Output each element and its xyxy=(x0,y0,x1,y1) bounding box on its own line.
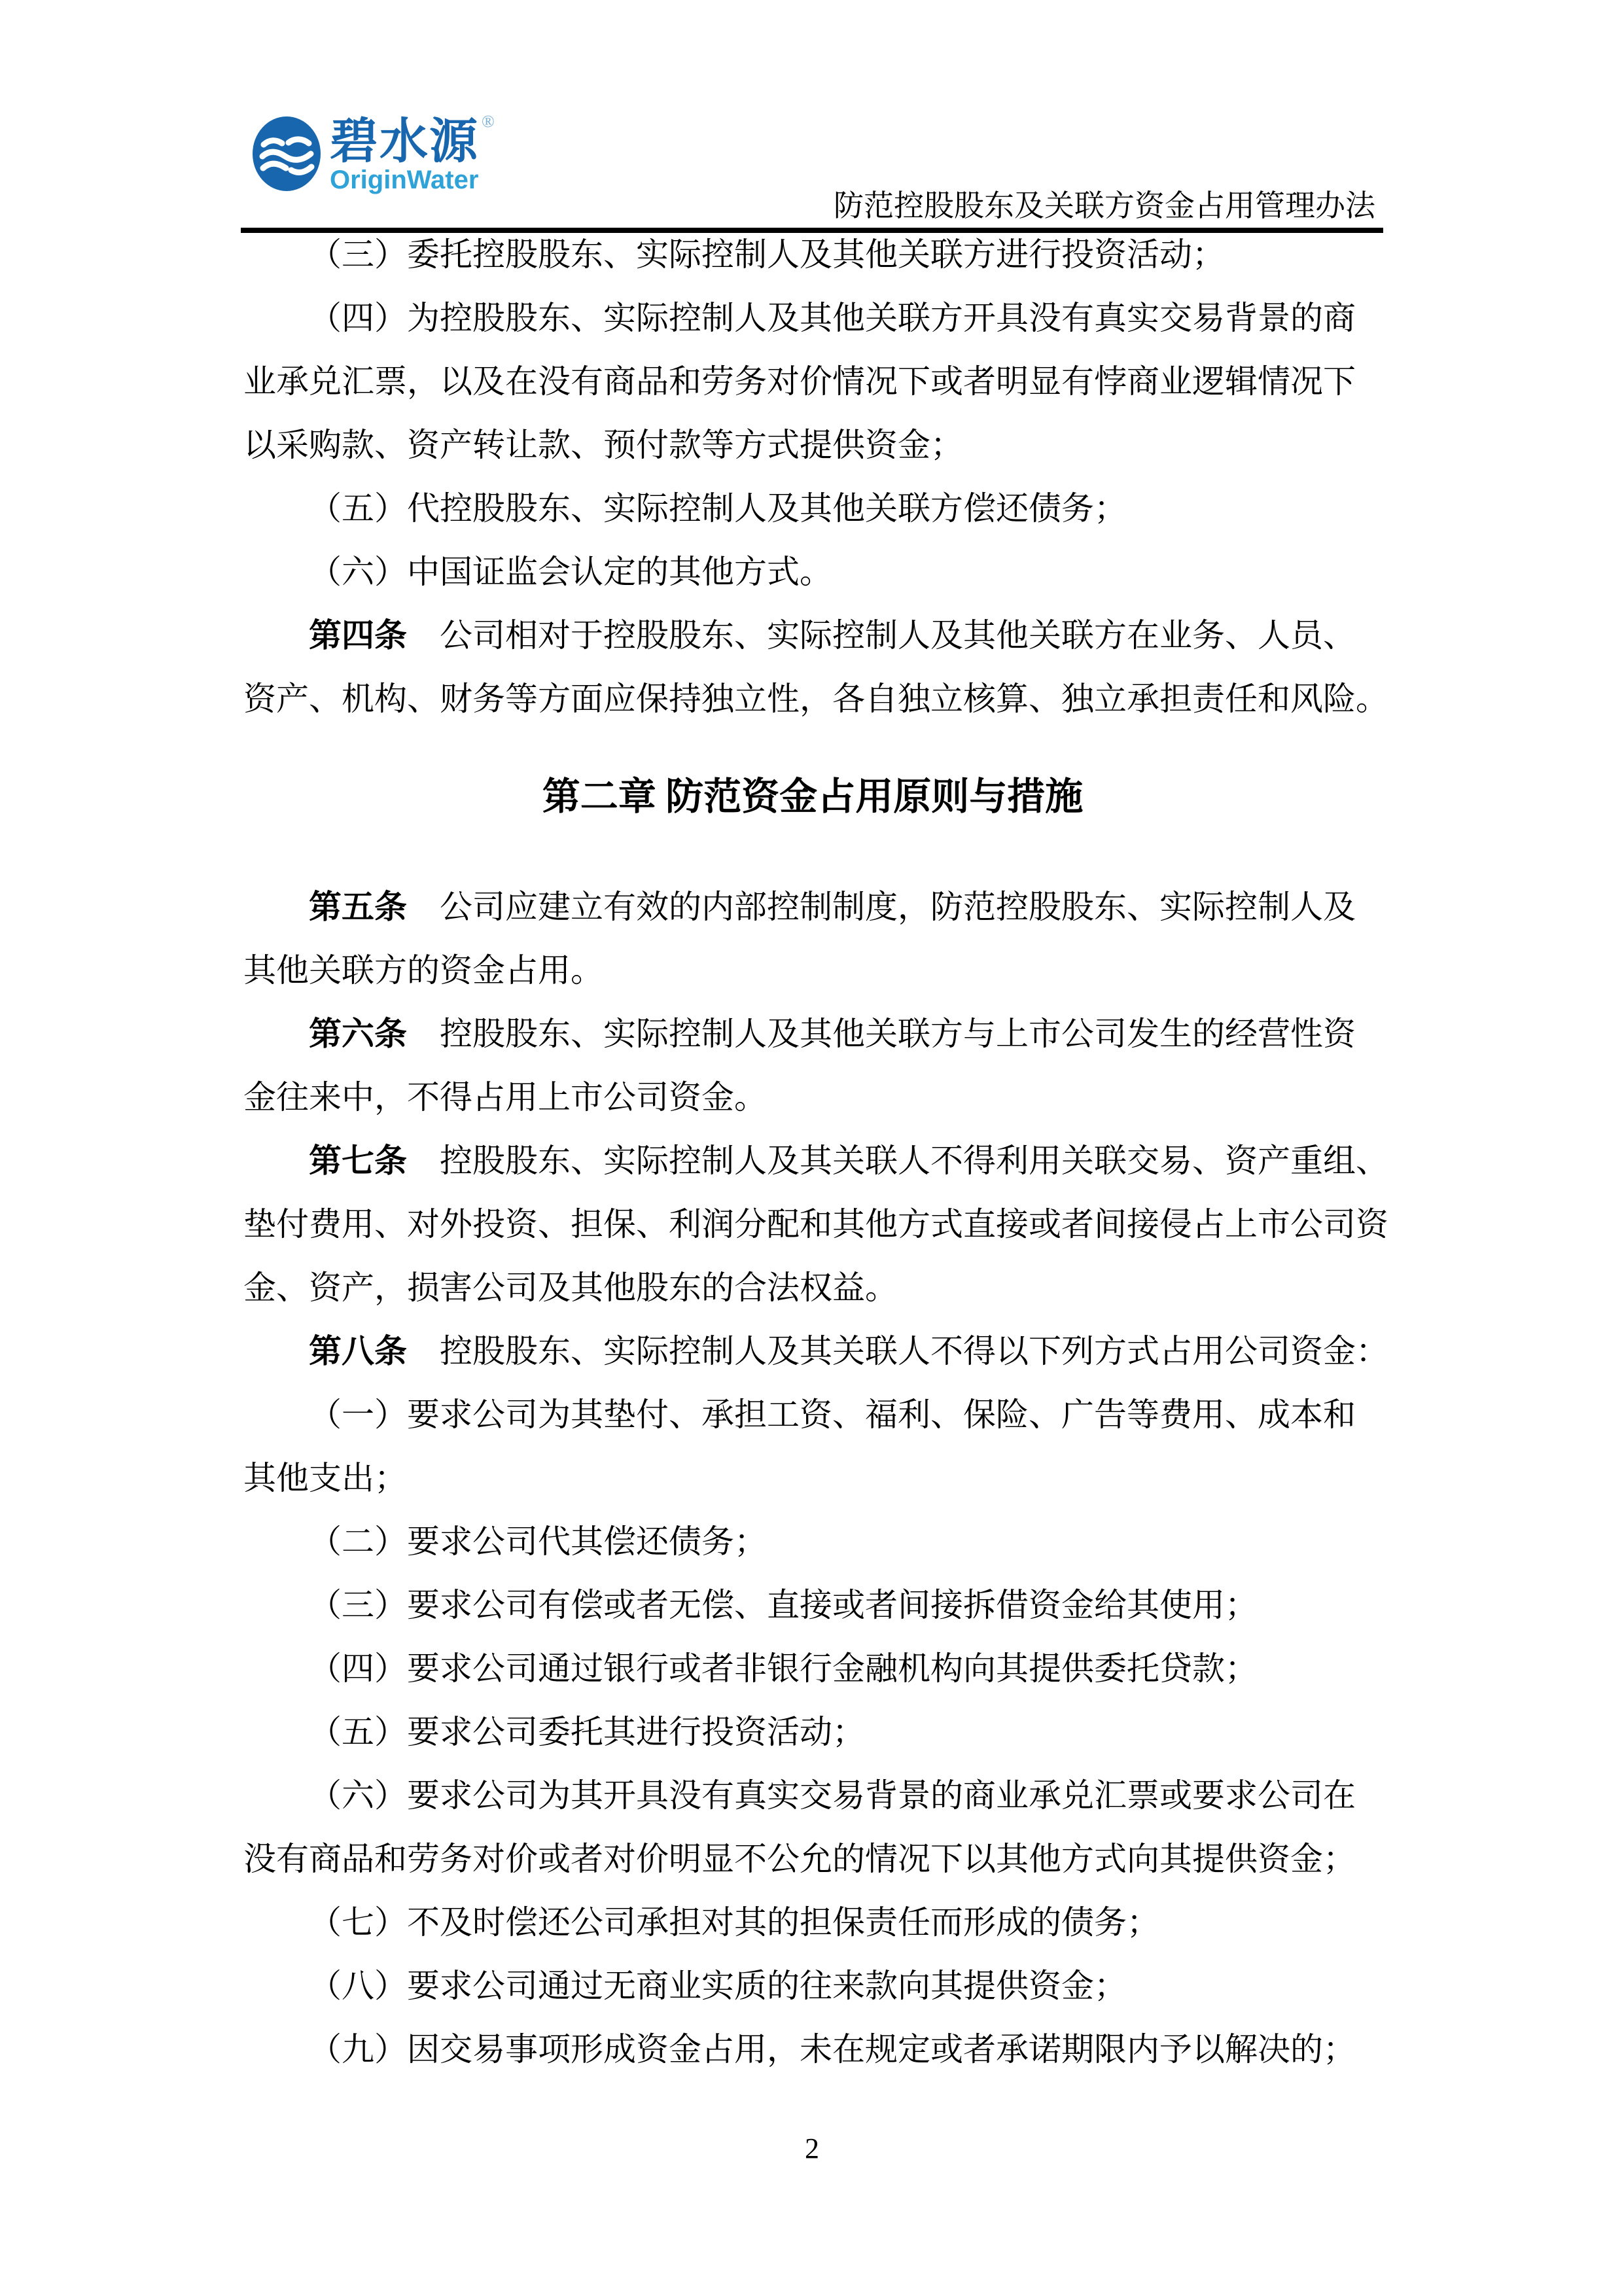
document-line: （六）要求公司为其开具没有真实交易背景的商业承兑汇票或要求公司在 xyxy=(243,1764,1382,1828)
line-text: 公司相对于控股股东、实际控制人及其他关联方在业务、人员、 xyxy=(407,617,1356,654)
line-text: 控股股东、实际控制人及其关联人不得利用关联交易、资产重组、 xyxy=(407,1142,1388,1179)
line-text: （三）委托控股股东、实际控制人及其他关联方进行投资活动； xyxy=(309,236,1225,273)
line-text: 垫付费用、对外投资、担保、利润分配和其他方式直接或者间接侵占上市公司资 xyxy=(243,1206,1388,1243)
document-line: （八）要求公司通过无商业实质的往来款向其提供资金； xyxy=(243,1954,1382,2018)
article-number-bold: 第六条 xyxy=(309,1016,407,1052)
line-text: 没有商品和劳务对价或者对价明显不公允的情况下以其他方式向其提供资金； xyxy=(243,1841,1356,1877)
header-document-title: 防范控股股东及关联方资金占用管理办法 xyxy=(834,188,1375,224)
line-text: （六）要求公司为其开具没有真实交易背景的商业承兑汇票或要求公司在 xyxy=(309,1777,1356,1814)
line-text: 以采购款、资产转让款、预付款等方式提供资金； xyxy=(243,427,963,463)
line-text: 金往来中，不得占用上市公司资金。 xyxy=(243,1079,767,1116)
chapter-heading: 第二章 防范资金占用原则与措施 xyxy=(243,765,1382,828)
logo-text-block: 碧水源 ® OriginWater xyxy=(330,116,495,194)
article-number-bold: 第八条 xyxy=(309,1333,407,1369)
logo-cn-text: 碧水源 xyxy=(330,116,479,166)
document-line: （三）委托控股股东、实际控制人及其他关联方进行投资活动； xyxy=(243,223,1382,287)
document-line: （三）要求公司有偿或者无偿、直接或者间接拆借资金给其使用； xyxy=(243,1574,1382,1637)
line-text: 控股股东、实际控制人及其关联人不得以下列方式占用公司资金： xyxy=(407,1333,1388,1369)
document-line: （六）中国证监会认定的其他方式。 xyxy=(243,540,1382,604)
line-text: （三）要求公司有偿或者无偿、直接或者间接拆借资金给其使用； xyxy=(309,1587,1258,1623)
page-number: 2 xyxy=(0,2132,1624,2166)
line-text: （五）要求公司委托其进行投资活动； xyxy=(309,1714,865,1750)
document-line: （二）要求公司代其偿还债务； xyxy=(243,1510,1382,1574)
document-line: 其他支出； xyxy=(243,1447,1382,1510)
line-text: （五）代控股股东、实际控制人及其他关联方偿还债务； xyxy=(309,490,1127,527)
document-line: （一）要求公司为其垫付、承担工资、福利、保险、广告等费用、成本和 xyxy=(243,1383,1382,1447)
document-line: 第五条 公司应建立有效的内部控制制度，防范控股股东、实际控制人及 xyxy=(243,875,1382,939)
document-line: （四）要求公司通过银行或者非银行金融机构向其提供委托贷款； xyxy=(243,1637,1382,1701)
document-body: （三）委托控股股东、实际控制人及其他关联方进行投资活动；（四）为控股股东、实际控… xyxy=(243,223,1382,2081)
line-text: （四）要求公司通过银行或者非银行金融机构向其提供委托贷款； xyxy=(309,1650,1258,1687)
line-text: 其他支出； xyxy=(243,1460,407,1496)
document-line: 垫付费用、对外投资、担保、利润分配和其他方式直接或者间接侵占上市公司资 xyxy=(243,1193,1382,1256)
document-line: 业承兑汇票，以及在没有商品和劳务对价情况下或者明显有悖商业逻辑情况下 xyxy=(243,350,1382,414)
document-line: 第七条 控股股东、实际控制人及其关联人不得利用关联交易、资产重组、 xyxy=(243,1129,1382,1193)
document-line: （九）因交易事项形成资金占用，未在规定或者承诺期限内予以解决的； xyxy=(243,2018,1382,2081)
document-line: 金往来中，不得占用上市公司资金。 xyxy=(243,1066,1382,1129)
line-text: 资产、机构、财务等方面应保持独立性，各自独立核算、独立承担责任和风险。 xyxy=(243,680,1388,717)
document-line: （七）不及时偿还公司承担对其的担保责任而形成的债务； xyxy=(243,1891,1382,1954)
document-line: （五）代控股股东、实际控制人及其他关联方偿还债务； xyxy=(243,477,1382,540)
logo-en-text: OriginWater xyxy=(330,166,495,194)
document-line: 资产、机构、财务等方面应保持独立性，各自独立核算、独立承担责任和风险。 xyxy=(243,667,1382,731)
line-text: （七）不及时偿还公司承担对其的担保责任而形成的债务； xyxy=(309,1904,1159,1941)
line-text: 第二章 防范资金占用原则与措施 xyxy=(542,775,1084,818)
document-page: 碧水源 ® OriginWater 防范控股股东及关联方资金占用管理办法 （三）… xyxy=(0,0,1624,2296)
document-line: 第四条 公司相对于控股股东、实际控制人及其他关联方在业务、人员、 xyxy=(243,604,1382,667)
registered-trademark-icon: ® xyxy=(482,113,495,131)
document-line: （五）要求公司委托其进行投资活动； xyxy=(243,1701,1382,1764)
line-text: （九）因交易事项形成资金占用，未在规定或者承诺期限内予以解决的； xyxy=(309,2031,1356,2068)
originwater-logo: 碧水源 ® OriginWater xyxy=(253,116,495,194)
line-text: 公司应建立有效的内部控制制度，防范控股股东、实际控制人及 xyxy=(407,889,1356,925)
line-text: 业承兑汇票，以及在没有商品和劳务对价情况下或者明显有悖商业逻辑情况下 xyxy=(243,363,1356,400)
document-line: 金、资产，损害公司及其他股东的合法权益。 xyxy=(243,1256,1382,1320)
document-line: 以采购款、资产转让款、预付款等方式提供资金； xyxy=(243,414,1382,477)
line-text: 金、资产，损害公司及其他股东的合法权益。 xyxy=(243,1269,898,1306)
document-line: 其他关联方的资金占用。 xyxy=(243,939,1382,1002)
document-line: （四）为控股股东、实际控制人及其他关联方开具没有真实交易背景的商 xyxy=(243,287,1382,350)
line-text: （四）为控股股东、实际控制人及其他关联方开具没有真实交易背景的商 xyxy=(309,300,1356,336)
line-text: （一）要求公司为其垫付、承担工资、福利、保险、广告等费用、成本和 xyxy=(309,1396,1356,1433)
article-number-bold: 第四条 xyxy=(309,617,407,654)
logo-wave-icon xyxy=(253,116,321,191)
line-text: （二）要求公司代其偿还债务； xyxy=(309,1523,767,1560)
line-text: （八）要求公司通过无商业实质的往来款向其提供资金； xyxy=(309,1968,1127,2004)
document-line: 第八条 控股股东、实际控制人及其关联人不得以下列方式占用公司资金： xyxy=(243,1320,1382,1383)
line-text: 控股股东、实际控制人及其他关联方与上市公司发生的经营性资 xyxy=(407,1016,1356,1052)
line-text: 其他关联方的资金占用。 xyxy=(243,952,603,989)
article-number-bold: 第七条 xyxy=(309,1142,407,1179)
line-text: （六）中国证监会认定的其他方式。 xyxy=(309,554,832,590)
article-number-bold: 第五条 xyxy=(309,889,407,925)
document-line: 没有商品和劳务对价或者对价明显不公允的情况下以其他方式向其提供资金； xyxy=(243,1828,1382,1891)
document-line: 第六条 控股股东、实际控制人及其他关联方与上市公司发生的经营性资 xyxy=(243,1002,1382,1066)
